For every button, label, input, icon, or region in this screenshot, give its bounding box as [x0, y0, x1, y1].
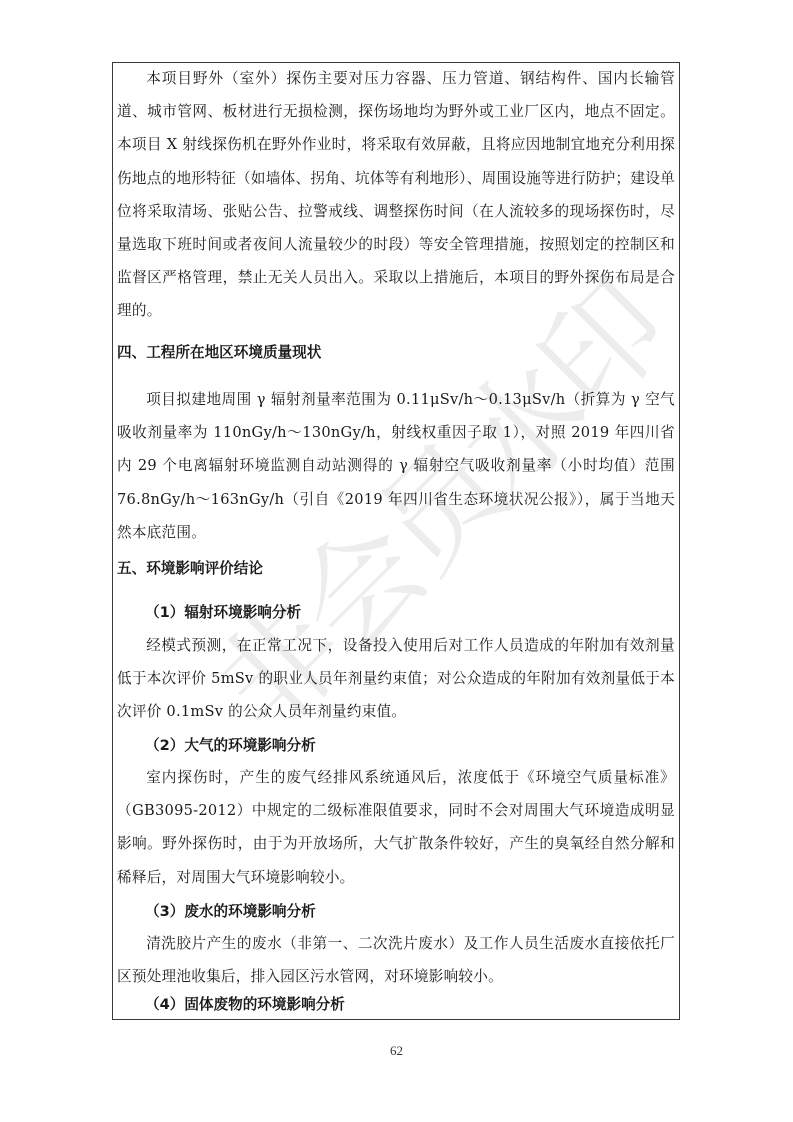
paragraph-environment-quality: 项目拟建地周围 γ 辐射剂量率范围为 0.11μSv/h～0.13μSv/h（折…	[117, 383, 675, 549]
paragraph-wastewater-impact: 清洗胶片产生的废水（非第一、二次洗片废水）及工作人员生活废水直接依托厂区预处理池…	[117, 927, 675, 993]
subheading-air-impact: （2）大气的环境影响分析	[145, 734, 316, 758]
paragraph-radiation-impact: 经模式预测，在正常工况下，设备投入使用后对工作人员造成的年附加有效剂量低于本次评…	[117, 629, 675, 729]
subheading-wastewater-impact: （3）废水的环境影响分析	[145, 900, 316, 924]
subheading-solid-waste-impact: （4）固体废物的环境影响分析	[145, 993, 345, 1017]
subheading-radiation-impact: （1）辐射环境影响分析	[145, 601, 301, 625]
paragraph-field-inspection-layout: 本项目野外（室外）探伤主要对压力容器、压力管道、钢结构件、国内长输管道、城市管网…	[117, 62, 675, 328]
page-number: 62	[0, 1043, 793, 1059]
section-heading-evaluation-conclusion: 五、环境影响评价结论	[117, 557, 263, 581]
paragraph-air-impact: 室内探伤时，产生的废气经排风系统通风后，浓度低于《环境空气质量标准》（GB309…	[117, 761, 675, 894]
document-frame: 本项目野外（室外）探伤主要对压力容器、压力管道、钢结构件、国内长输管道、城市管网…	[112, 62, 680, 1020]
section-heading-environment-quality: 四、工程所在地区环境质量现状	[117, 341, 321, 365]
